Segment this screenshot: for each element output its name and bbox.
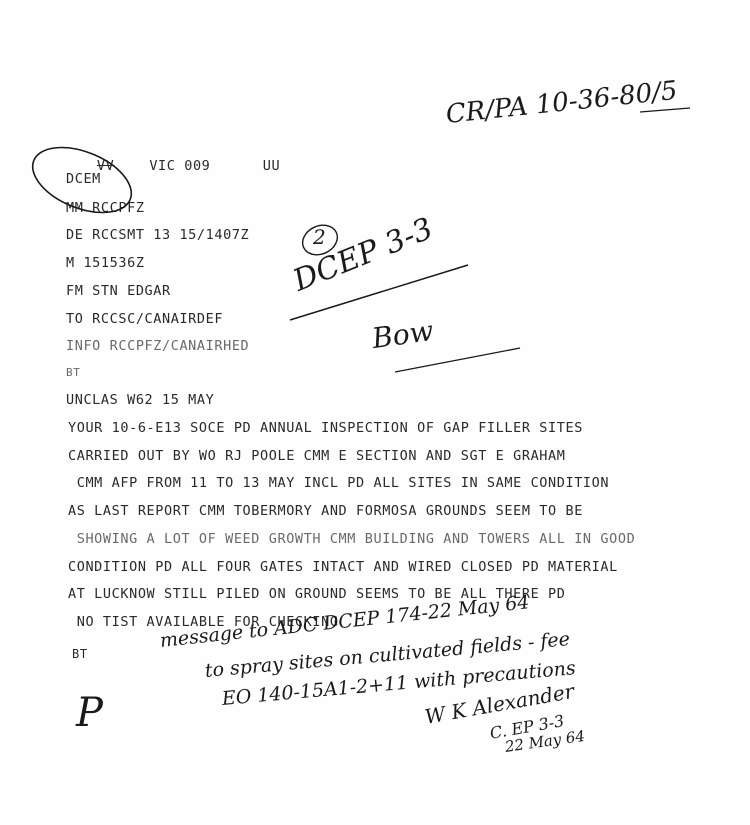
file-ref-tail	[640, 108, 690, 112]
number-circle	[298, 220, 342, 261]
pen-strokes	[0, 0, 750, 825]
routing-underline	[290, 265, 468, 320]
dcem-circle	[23, 135, 140, 226]
teletype-message-page: VV VIC 009 UU DCEM MM RCCPFZ DE RCCSMT 1…	[0, 0, 750, 825]
initials-underline	[395, 348, 520, 372]
